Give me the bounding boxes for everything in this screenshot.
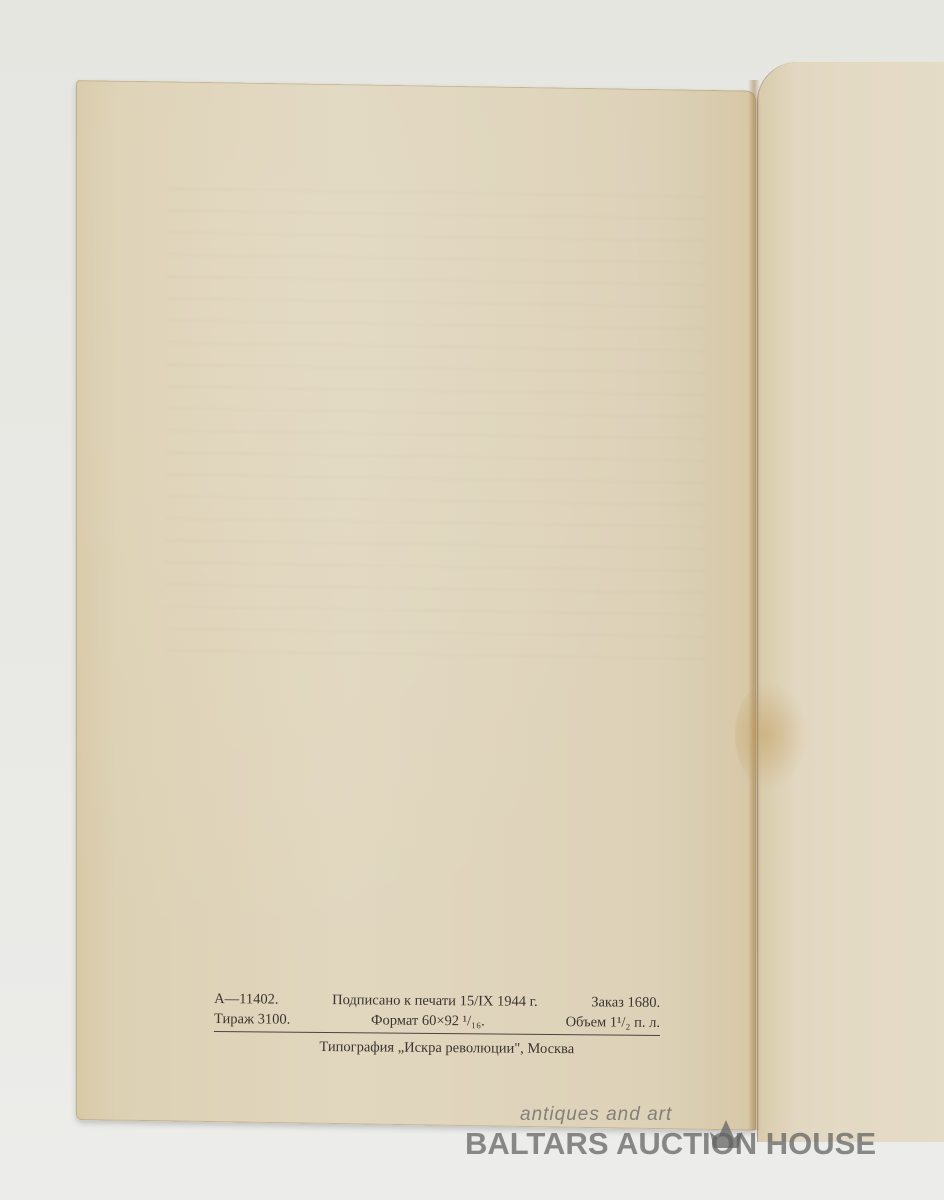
right-page	[758, 62, 944, 1142]
paper-format: Формат 60×92 ¹/₁₆.	[371, 1010, 485, 1031]
spine-gutter	[748, 80, 760, 1130]
watermark: antiques and art BALTARS AUCTION HOUSE	[465, 1100, 865, 1170]
left-page	[76, 80, 756, 1131]
volume: Объем 1¹/₂ п. л.	[566, 1012, 661, 1033]
order-number: Заказ 1680.	[591, 992, 660, 1013]
watermark-name: BALTARS AUCTION HOUSE	[465, 1126, 876, 1162]
publication-code: А—11402.	[214, 989, 278, 1010]
printer-name: Типография „Искра революции", Москва	[214, 1036, 660, 1060]
watermark-tagline: antiques and art	[520, 1104, 672, 1126]
colophon: А—11402. Подписано к печати 15/IX 1944 г…	[214, 989, 661, 1060]
colophon-line-2: Тираж 3100. Формат 60×92 ¹/₁₆. Объем 1¹/…	[214, 1009, 660, 1033]
signed-for-print: Подписано к печати 15/IX 1944 г.	[332, 990, 538, 1012]
print-run: Тираж 3100.	[214, 1009, 290, 1030]
water-stain	[735, 680, 810, 790]
